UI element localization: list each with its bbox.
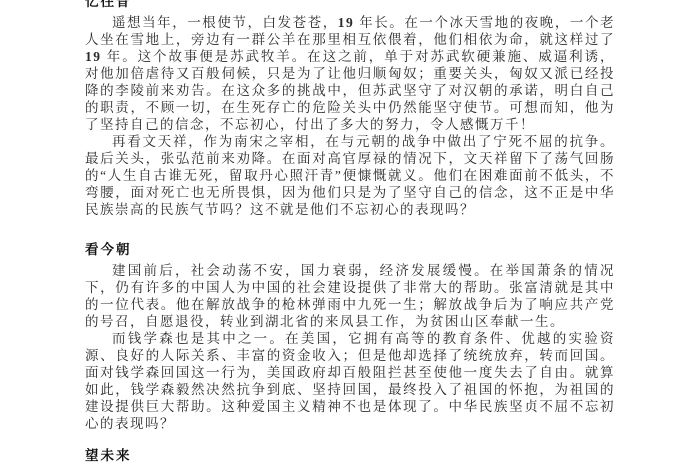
- body-paragraph: 建国前后，社会动荡不安，国力衰弱，经济发展缓慢。在举国萧条的情况下，仍有许多的中…: [85, 262, 615, 330]
- section-heading: 望未来: [85, 448, 615, 464]
- text-run: 而钱学森也是其中之一。在美国，它拥有高等的教育条件、优越的实验资源、良好的人际关…: [85, 331, 615, 431]
- bold-number: 19: [85, 49, 102, 64]
- section: 望未来: [85, 448, 615, 464]
- body-paragraph: 遥想当年，一根使节，白发苍苍，19 年长。在一个冰天雪地的夜晚，一个老人坐在雪地…: [85, 14, 615, 133]
- bold-number: 19: [338, 15, 355, 30]
- section-heading: 看今朝: [85, 242, 615, 258]
- document-body: 忆往昔遥想当年，一根使节，白发苍苍，19 年长。在一个冰天雪地的夜晚，一个老人坐…: [85, 0, 615, 468]
- text-run: 建国前后，社会动荡不安，国力衰弱，经济发展缓慢。在举国萧条的情况下，仍有许多的中…: [85, 263, 615, 329]
- section: 忆往昔遥想当年，一根使节，白发苍苍，19 年长。在一个冰天雪地的夜晚，一个老人坐…: [85, 0, 615, 218]
- body-paragraph: 再看文天祥，作为南宋之宰相，在与元朝的战争中做出了宁死不屈的抗争。最后关头，张弘…: [85, 133, 615, 218]
- text-run: 遥想当年，一根使节，白发苍苍，: [112, 15, 338, 30]
- text-run: 年。这个故事便是苏武牧羊。在这之前，单于对苏武软硬兼施、威逼利诱，对他加倍虐待又…: [85, 49, 615, 132]
- body-paragraph: 而钱学森也是其中之一。在美国，它拥有高等的教育条件、优越的实验资源、良好的人际关…: [85, 330, 615, 432]
- section: 看今朝建国前后，社会动荡不安，国力衰弱，经济发展缓慢。在举国萧条的情况下，仍有许…: [85, 242, 615, 432]
- text-run: 再看文天祥，作为南宋之宰相，在与元朝的战争中做出了宁死不屈的抗争。最后关头，张弘…: [85, 134, 615, 217]
- page: 忆往昔遥想当年，一根使节，白发苍苍，19 年长。在一个冰天雪地的夜晚，一个老人坐…: [0, 0, 700, 470]
- section-heading: 忆往昔: [85, 0, 615, 10]
